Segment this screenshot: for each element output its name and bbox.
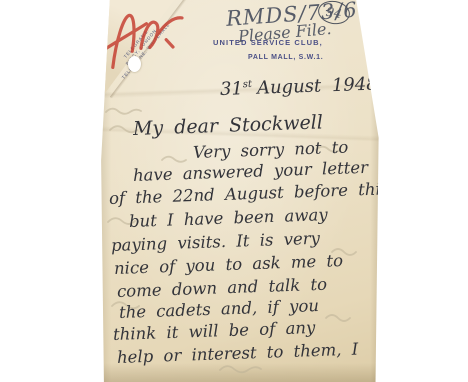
date-ordinal: st bbox=[243, 79, 253, 90]
red-initials-scrawl bbox=[92, 0, 195, 81]
punch-hole bbox=[128, 56, 141, 72]
letterhead-club-name: UNITED SERVICE CLUB, bbox=[213, 38, 323, 47]
letter-page: TELEGRAMS: PICCY, LONDON TELEPHONE: WHIT… bbox=[100, 0, 380, 382]
date-day: 31 bbox=[220, 78, 244, 100]
scanned-letter-photo: TELEGRAMS: PICCY, LONDON TELEPHONE: WHIT… bbox=[0, 0, 468, 382]
date-month-year: August 1948 bbox=[257, 73, 378, 98]
letterhead-address: PALL MALL, S.W.1. bbox=[248, 54, 323, 61]
